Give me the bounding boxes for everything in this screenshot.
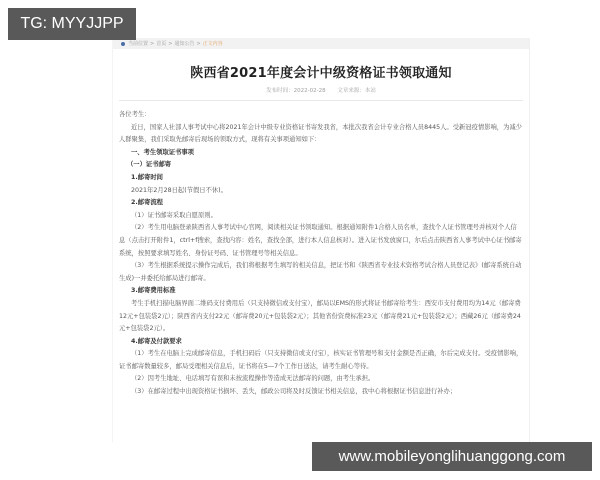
breadcrumb-item-location: 当前位置 bbox=[128, 40, 148, 47]
subsection-heading: （一）证书邮寄 bbox=[119, 159, 523, 172]
paragraph-process-3: （3）考生根据系统提示操作完成后，我们将根据考生填写的相关信息，把证书和《陕西省… bbox=[119, 260, 523, 285]
breadcrumb-item-notices[interactable]: 通知公告 bbox=[174, 40, 194, 47]
paragraph-payment-1: （1）考生在电脑上完成邮寄信息，手机扫码后（只支持微信或支付宝），核实证书管理号… bbox=[119, 348, 523, 373]
breadcrumb-item-home[interactable]: 首页 bbox=[156, 40, 166, 47]
article-page: 当前位置 > 首页 > 通知公告 > 正文内容 陕西省2021年度会计中级资格证… bbox=[112, 38, 530, 442]
article-meta: 发布时间：2022-02-28 文章来源：本站 bbox=[113, 86, 529, 94]
paragraph-payment-2: （2）因考生地址、电话填写有误和未按流程操作等造成无法邮寄的问题，由考生承担。 bbox=[119, 373, 523, 386]
item-heading-mail-time: 1.邮寄时间 bbox=[119, 172, 523, 185]
breadcrumb-separator: > bbox=[150, 41, 154, 47]
section-heading: 一、考生领取证书事项 bbox=[119, 147, 523, 160]
article-body: 各位考生： 近日，国家人社部人事考试中心将2021年会计中级专业资格证书寄发我省… bbox=[113, 101, 529, 399]
breadcrumb-item-current: 正文内容 bbox=[203, 40, 223, 47]
article-title: 陕西省2021年度会计中级资格证书领取通知 bbox=[113, 62, 529, 81]
intro-paragraph: 近日，国家人社部人事考试中心将2021年会计中级专业资格证书寄发我省，本批次我省… bbox=[119, 122, 523, 147]
publish-time: 发布时间：2022-02-28 bbox=[266, 88, 325, 94]
breadcrumb-separator: > bbox=[196, 41, 200, 47]
breadcrumb-separator: > bbox=[168, 41, 172, 47]
item-heading-payment: 4.邮寄及付款要求 bbox=[119, 336, 523, 349]
salutation: 各位考生： bbox=[119, 109, 523, 122]
article-source: 文章来源：本站 bbox=[337, 88, 376, 94]
paragraph-process-2: （2）考生用电脑登录陕西省人事考试中心官网，阅读相关证书领取通知。根据通知附件1… bbox=[119, 222, 523, 260]
item-heading-mail-process: 2.邮寄流程 bbox=[119, 197, 523, 210]
item-heading-fees: 3.邮寄费用标准 bbox=[119, 285, 523, 298]
paragraph-payment-3: （3）在邮寄过程中出现资格证书损坏、丢失，邮政公司将及时反馈证书相关信息，我中心… bbox=[119, 386, 523, 399]
breadcrumb: 当前位置 > 首页 > 通知公告 > 正文内容 bbox=[113, 38, 529, 49]
location-pin-icon bbox=[121, 42, 125, 46]
watermark-top-left: TG: MYYJJPP bbox=[8, 8, 136, 40]
paragraph-process-1: （1）证书邮寄采取自愿原则。 bbox=[119, 210, 523, 223]
watermark-bottom-right: www.mobileyonglihuanggong.com bbox=[312, 442, 592, 471]
paragraph-mail-time: 2021年2月28日起(节假日不休)。 bbox=[119, 185, 523, 198]
paragraph-fees: 考生手机扫描电脑界面二维码支付费用后（只支持微信或支付宝），邮局以EMS的形式将… bbox=[119, 298, 523, 336]
